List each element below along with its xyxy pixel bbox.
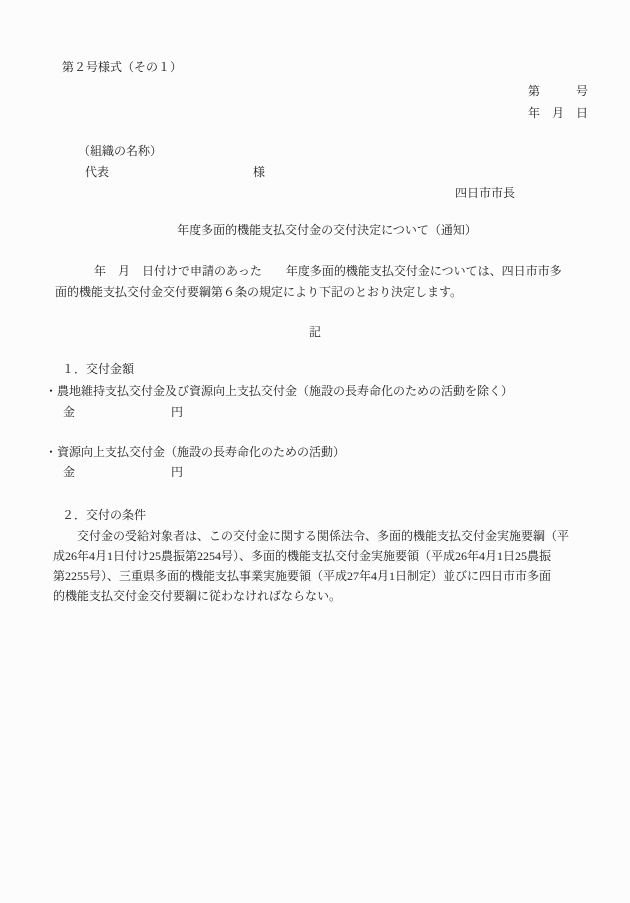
document-date-blank: 年 月 日 (528, 103, 588, 123)
body-paragraph: 年 月 日付けで申請のあった 年度多面的機能支払交付金については、四日市市多 面… (55, 261, 617, 303)
sender-name: 四日市市長 (455, 183, 515, 203)
section1-item1-label: ・農地維持支払交付金及び資源向上支払交付金（施設の長寿命化のための活動を除く） (45, 381, 513, 401)
document-number-blank: 第 号 (528, 81, 588, 101)
form-number: 第２号様式（その１） (62, 57, 182, 77)
section2-heading: ２．交付の条件 (62, 505, 146, 525)
honorific-label: 様 (253, 162, 265, 182)
document-title: 年度多面的機能支払交付金の交付決定について（通知） (0, 220, 630, 240)
organization-name-label: （組織の名称） (78, 141, 162, 161)
section1-item1-amount-blank: 金 円 (63, 402, 183, 422)
section1-item2-label: ・資源向上支払交付金（施設の長寿命化のための活動） (45, 442, 345, 462)
representative-label: 代表 (85, 162, 109, 182)
section2-paragraph: 交付金の受給対象者は、この交付金に関する関係法令、多面的機能支払交付金実施要綱（… (53, 526, 619, 606)
section1-item2-amount-blank: 金 円 (63, 462, 183, 482)
section1-heading: １．交付金額 (62, 359, 134, 379)
document-page: 第２号様式（その１） 第 号 年 月 日 （組織の名称） 代表 様 四日市市長 … (0, 0, 630, 903)
ki-marker: 記 (0, 322, 630, 342)
